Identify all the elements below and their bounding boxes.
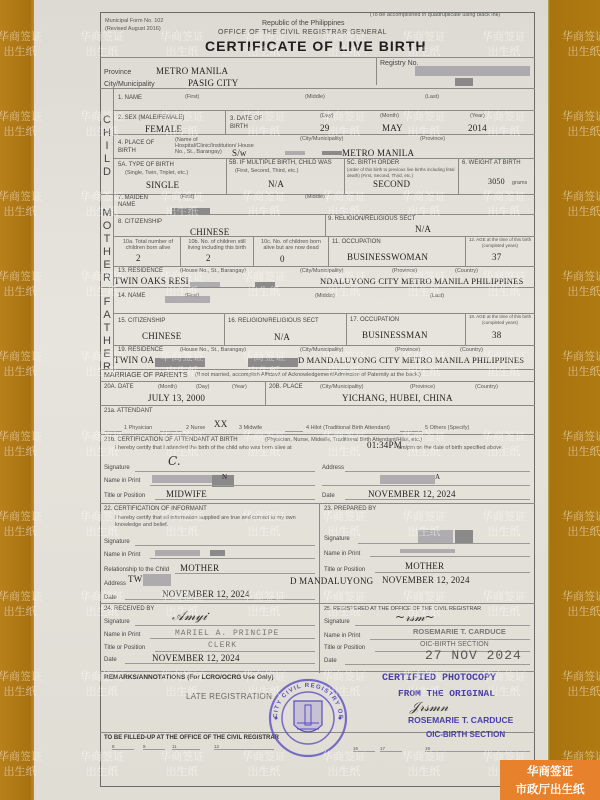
watermark-text: 华商签证出生纸 <box>562 270 600 300</box>
prepared-by-label: 23. PREPARED BY <box>324 506 376 512</box>
received-name-value: MARIEL A. PRINCIPE <box>175 629 279 638</box>
dob-year: 2014 <box>468 123 487 133</box>
father-letter: E <box>102 348 112 361</box>
father-religion-label: 16. RELIGION/RELIGIOUS SECT <box>228 318 319 324</box>
pob-label: 4. PLACE OF BIRTH <box>118 139 168 155</box>
watermark-text: 华商签证出生纸 <box>562 190 600 220</box>
registered-title-label: Title or Position <box>324 645 365 651</box>
mother-age-label: 12. AGE at the time of this birth (compl… <box>467 237 533 249</box>
redacted-registry <box>415 66 530 76</box>
mother-residence-country-hint: (Country) <box>455 268 478 274</box>
mother-letter: H <box>102 246 112 259</box>
registered-signature: ~𝓇𝓈𝓂~ <box>395 610 435 625</box>
attendant-title-label: Title or Position <box>104 493 145 499</box>
birth-order-value: SECOND <box>373 179 410 189</box>
redacted-prepared-signature-2 <box>455 530 473 544</box>
father-middle-hint: (Middle) <box>315 293 335 299</box>
province-value: METRO MANILA <box>156 66 228 76</box>
marriage-place-label: 20b. PLACE <box>269 384 303 390</box>
sex-value: FEMALE <box>145 124 182 134</box>
received-signature: 𝒜𝓂𝓎𝒾 <box>172 609 207 624</box>
registered-name-value: ROSEMARIE T. CARDUCE <box>413 627 506 636</box>
informant-address-end: D MANDALUYONG <box>290 576 373 586</box>
prepared-title-label: Title or Position <box>324 567 365 573</box>
father-residence-country-hint: (Country) <box>460 347 483 353</box>
remarks-label: REMARKS/ANNOTATIONS (For LCRO/OCRG Use O… <box>104 674 273 681</box>
registered-date-label: Date <box>324 658 337 664</box>
attendant-address-label: Address <box>322 465 344 471</box>
marriage-year-hint: (Year) <box>232 384 247 390</box>
received-date-label: Date <box>104 657 117 663</box>
attendant-option-physician: 1 Physician <box>124 425 152 431</box>
marriage-place-country-hint: (Country) <box>475 384 498 390</box>
father-occupation-value: BUSINESSMAN <box>362 330 428 340</box>
received-title-label: Title or Position <box>104 645 145 651</box>
marriage-month-hint: (Month) <box>158 384 177 390</box>
watermark-text: 华商签证出生纸 <box>562 30 600 60</box>
attendant-cert-label: 21b. CERTIFICATION OF ATTENDANT AT BIRTH <box>104 437 238 443</box>
remarks-value: LATE REGISTRATION <box>186 692 272 701</box>
informant-address-label: Address <box>104 581 126 587</box>
certified-stamp-line1: CERTIFIED PHOTOCOPY <box>382 673 496 684</box>
mother-letter: R <box>102 272 112 285</box>
received-name-label: Name in Print <box>104 632 140 638</box>
attendant-name-partial: N <box>222 473 227 481</box>
pob-city-hint: (City/Municipality) <box>300 136 343 142</box>
prepared-title-value: MOTHER <box>405 561 444 571</box>
attendant-name-label: Name in Print <box>104 478 140 484</box>
certifier-signature: 𝒥𝓇𝓈𝓂𝓃 <box>410 700 448 715</box>
badge-line-1: 华商签证 <box>500 763 600 781</box>
father-religion-value: N/A <box>274 332 290 342</box>
certified-stamp-line2: FROM THE ORIGINAL <box>398 688 495 699</box>
child-letter: I <box>102 140 112 153</box>
marriage-place-value: YICHANG, HUBEI, CHINA <box>342 393 453 403</box>
child-letter: D <box>102 166 112 179</box>
birth-time: 01:34PM <box>367 440 402 450</box>
watermark-text: 华商签证出生纸 <box>562 510 600 540</box>
sex-label: 2. SEX (Male/Female) <box>118 115 184 121</box>
mother-section-label: M O T H E R <box>102 207 112 285</box>
weight-label: 6. WEIGHT AT BIRTH <box>462 160 521 166</box>
redacted-attendant-address <box>380 475 435 484</box>
father-section-label: F A T H E R <box>102 296 112 374</box>
father-occupation-label: 17. OCCUPATION <box>350 317 399 323</box>
informant-date-label: Date <box>104 595 117 601</box>
attendant-option-midwife: 3 Midwife <box>239 425 262 431</box>
prepared-name-label: Name in Print <box>324 551 360 557</box>
father-letter: H <box>102 335 112 348</box>
birth-type-value: SINGLE <box>146 180 179 190</box>
father-citizenship-label: 15. CITIZENSHIP <box>118 318 165 324</box>
father-age-value: 38 <box>492 330 501 340</box>
marriage-place-province-hint: (Province) <box>410 384 435 390</box>
mother-occupation-label: 11. OCCUPATION <box>332 239 381 245</box>
father-letter: A <box>102 309 112 322</box>
father-residence-label: 19. RESIDENCE <box>118 347 163 353</box>
c10a-label: 10a. Total number of children born alive <box>118 239 178 251</box>
received-date-value: NOVEMBER 12, 2024 <box>152 653 240 663</box>
informant-date-value: NOVEMBER 12, 2024 <box>162 589 250 599</box>
father-last-hint: (Last) <box>430 293 444 299</box>
registry-label: Registry No. <box>380 60 419 67</box>
attendant-date-label: Date <box>322 493 335 499</box>
attendant-cert-text-2: am/pm on the date of birth specified abo… <box>398 445 503 451</box>
father-letter: F <box>102 296 112 309</box>
attendant-label: 21a. ATTENDANT <box>104 408 153 414</box>
certifier-name: ROSEMARIE T. CARDUCE <box>408 715 513 725</box>
marriage-date-label: 20a. DATE <box>104 384 134 390</box>
pob-province-value: METRO MANILA <box>342 148 414 158</box>
maiden-middle-hint: (Middle) <box>305 194 325 200</box>
weight-unit: grams <box>512 180 527 186</box>
prepared-date-value: NOVEMBER 12, 2024 <box>382 575 470 585</box>
marriage-day-hint: (Day) <box>196 384 209 390</box>
father-residence-city-hint: (City/Municipality) <box>300 347 343 353</box>
pob-province-hint: (Province) <box>420 136 445 142</box>
marriage-heading: MARRIAGE OF PARENTS <box>104 372 188 379</box>
mother-letter: M <box>102 207 112 220</box>
name-middle-hint: (Middle) <box>305 94 325 100</box>
received-by-label: 24. RECEIVED BY <box>104 606 154 612</box>
seal-icon: CITY CIVIL REGISTRY OFFICE · PASIG CITY <box>267 677 349 759</box>
informant-name-label: Name in Print <box>104 552 140 558</box>
registered-name-label: Name in Print <box>324 633 360 639</box>
mother-religion-label: 9. RELIGION/RELIGIOUS SECT <box>328 216 415 222</box>
dob-year-hint: (Year) <box>470 113 485 119</box>
child-letter: L <box>102 153 112 166</box>
mother-residence-hint: (House No., St., Barangay) <box>180 268 246 274</box>
attendant-cert-text: I hereby certify that I attended the bir… <box>115 445 292 451</box>
received-title-value: CLERK <box>208 641 237 650</box>
mother-citizenship-label: 8. CITIZENSHIP <box>118 219 162 225</box>
mother-residence-end: NDALUYONG CITY METRO MANILA PHILIPPINES <box>320 276 523 286</box>
redacted-father-name <box>165 296 210 303</box>
attendant-option-hilot: 4 Hilot (Traditional Birth Attendant) <box>306 425 390 431</box>
dob-day-hint: (Day) <box>320 113 333 119</box>
c10c-value: 0 <box>280 254 285 264</box>
attendant-address-partial: A <box>435 473 440 481</box>
city-label: City/Municipality <box>104 81 155 88</box>
birth-type-label: 5a. TYPE OF BIRTH <box>118 162 174 168</box>
mother-occupation-value: BUSINESSWOMAN <box>347 252 428 262</box>
attendant-signature: C. <box>168 454 181 468</box>
attendant-title-value: MIDWIFE <box>166 489 207 499</box>
mother-residence-label: 13. RESIDENCE <box>118 268 163 274</box>
multiple-birth-hint: (First, Second, Third, etc.) <box>235 168 298 174</box>
informant-relationship-value: MOTHER <box>180 563 219 573</box>
father-age-label: 18. AGE at the time of this birth (compl… <box>467 314 533 326</box>
child-letter: H <box>102 127 112 140</box>
multiple-birth-label: 5b. IF MULTIPLE BIRTH, CHILD WAS <box>229 160 332 166</box>
marriage-place-city-hint: (City/Municipality) <box>320 384 363 390</box>
attendant-option-nurse: 2 Nurse <box>186 425 205 431</box>
informant-label: 22. CERTIFICATION OF INFORMANT <box>104 506 207 512</box>
mother-letter: T <box>102 233 112 246</box>
redacted-informant-name <box>155 550 200 556</box>
watermark-text: 华商签证出生纸 <box>562 590 600 620</box>
watermark-text: 华商签证出生纸 <box>562 430 600 460</box>
c10b-value: 2 <box>206 253 211 263</box>
watermark-text: 华商签证出生纸 <box>562 670 600 700</box>
multiple-birth-value: N/A <box>268 179 284 189</box>
father-citizenship-value: CHINESE <box>142 331 181 341</box>
name-first-hint: (First) <box>185 94 199 100</box>
father-residence-end: D MANDALUYONG CITY METRO MANILA PHILIPPI… <box>298 355 524 365</box>
child-letter: C <box>102 114 112 127</box>
maiden-first-hint: (First) <box>180 194 194 200</box>
child-name-label: 1. NAME <box>118 95 142 101</box>
father-residence-hint: (House No., St., Barangay) <box>180 347 246 353</box>
marriage-note: (If not married, accomplish Affidavit of… <box>195 372 421 378</box>
redacted-attendant-name <box>152 475 212 483</box>
father-residence-start: TWIN OA <box>114 355 154 365</box>
badge-line-2: 市政厅出生纸 <box>500 781 600 799</box>
informant-signature-label: Signature <box>104 539 130 545</box>
dob-label: 3. DATE OF BIRTH <box>230 115 270 131</box>
prepared-signature-label: Signature <box>324 536 350 542</box>
birth-order-hint: (order of this birth to previous live bi… <box>347 167 457 178</box>
mother-residence-province-hint: (Province) <box>392 268 417 274</box>
father-letter: T <box>102 322 112 335</box>
watermark-text: 华商签证出生纸 <box>562 110 600 140</box>
redacted-pob-2 <box>322 151 342 155</box>
maiden-name-label: 7. MAIDEN NAME <box>118 195 158 209</box>
mother-letter: O <box>102 220 112 233</box>
informant-relationship-label: Relationship to the Child <box>104 567 169 573</box>
redacted-pob <box>285 151 305 155</box>
certifier-title: OIC-BIRTH SECTION <box>426 730 505 739</box>
mother-residence-city-hint: (City/Municipality) <box>300 268 343 274</box>
weight-value: 3050 <box>488 177 505 186</box>
city-seal-stamp: CITY CIVIL REGISTRY OFFICE · PASIG CITY <box>267 677 349 759</box>
name-last-hint: (Last) <box>425 94 439 100</box>
c10c-label: 10c. No. of children born alive but are … <box>255 239 327 251</box>
c10b-label: 10b. No. of children still living includ… <box>182 239 252 251</box>
watermark-text: 华商签证出生纸 <box>562 350 600 380</box>
mother-age-value: 37 <box>492 252 501 262</box>
c10a-value: 2 <box>136 253 141 263</box>
registered-title-value: OIC-BIRTH SECTION <box>420 641 489 648</box>
redacted-father-residence <box>155 358 205 367</box>
dob-month: MAY <box>382 123 403 133</box>
marriage-date-value: JULY 13, 2000 <box>148 393 205 403</box>
father-name-label: 14. NAME <box>118 293 145 299</box>
father-residence-province-hint: (Province) <box>395 347 420 353</box>
registered-signature-label: Signature <box>324 619 350 625</box>
registered-date-value: 27 NOV 2024 <box>425 648 522 663</box>
province-label: Province <box>104 69 131 76</box>
attendant-signature-label: Signature <box>104 465 130 471</box>
vendor-badge: 华商签证 市政厅出生纸 <box>500 760 600 800</box>
attendant-date-value: NOVEMBER 12, 2024 <box>368 489 456 499</box>
attendant-selected-mark: XX <box>214 419 227 429</box>
redacted-prepared-name <box>400 549 455 553</box>
child-section-label: C H I L D <box>102 114 112 179</box>
received-signature-label: Signature <box>104 619 130 625</box>
redacted-informant-name-2 <box>210 550 225 556</box>
mother-religion-value: N/A <box>415 224 431 234</box>
birth-type-hint: (Single, Twin, Triplet, etc.) <box>125 170 188 176</box>
birth-order-label: 5c. BIRTH ORDER <box>347 160 399 166</box>
attendant-option-others: 5 Others (Specify) <box>425 425 469 431</box>
redacted-registry-2 <box>455 78 473 86</box>
dob-month-hint: (Month) <box>380 113 399 119</box>
pob-value: S/w <box>232 148 247 158</box>
mother-letter: E <box>102 259 112 272</box>
redacted-informant-address <box>143 574 171 586</box>
informant-address-start: TW <box>128 574 142 584</box>
mother-residence-start: TWIN OAKS RESI <box>114 276 189 286</box>
informant-text: I hereby certify that all information su… <box>115 515 315 529</box>
dob-day: 29 <box>320 123 329 133</box>
fill-up-label: TO BE FILLED-UP AT THE OFFICE OF THE CIV… <box>104 735 279 741</box>
redacted-prepared-signature <box>418 530 453 544</box>
redacted-father-residence-2 <box>248 358 298 367</box>
city-value: PASIG CITY <box>188 78 238 88</box>
